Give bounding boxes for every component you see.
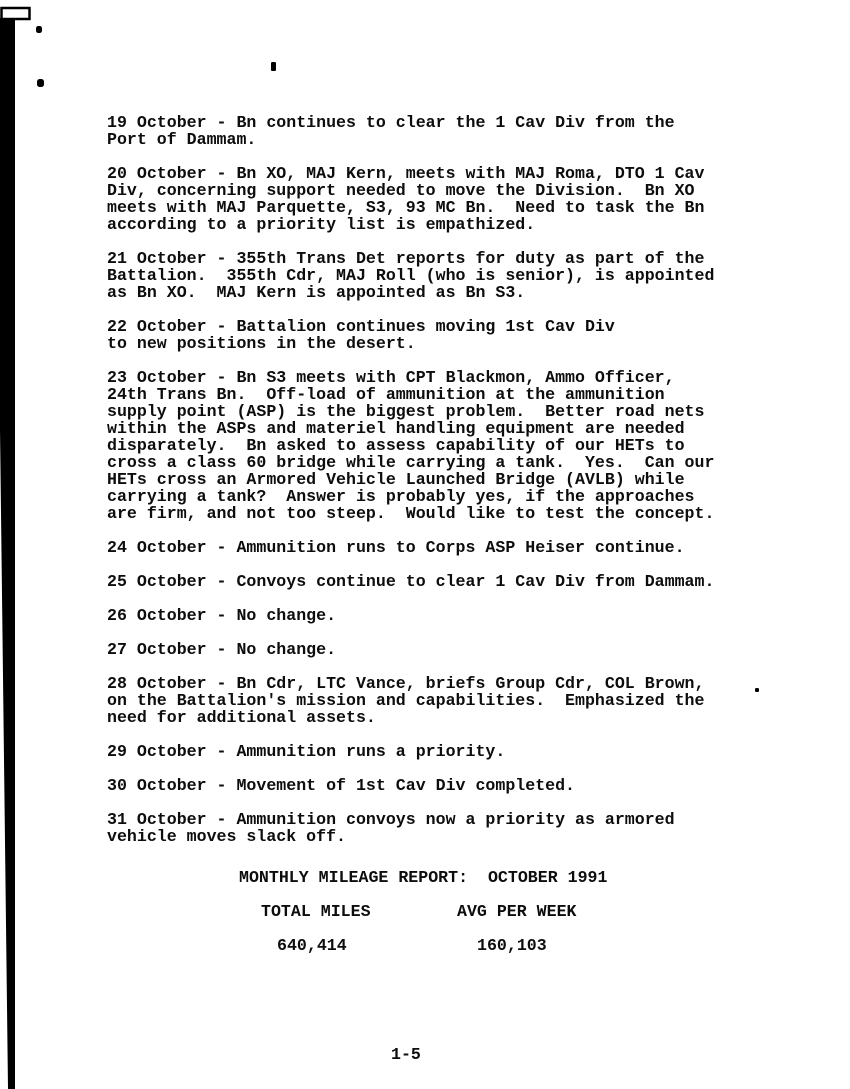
- log-entry-24-october: 24 October - Ammunition runs to Corps AS…: [107, 539, 714, 556]
- mileage-report-title: MONTHLY MILEAGE REPORT: OCTOBER 1991: [239, 869, 607, 886]
- log-entry-30-october: 30 October - Movement of 1st Cav Div com…: [107, 777, 714, 794]
- scan-artifact-bar: [0, 0, 32, 1089]
- total-miles-header: TOTAL MILES: [261, 903, 371, 920]
- log-entry-29-october: 29 October - Ammunition runs a priority.: [107, 743, 714, 760]
- log-entry-21-october: 21 October - 355th Trans Det reports for…: [107, 250, 714, 301]
- log-entries: 19 October - Bn continues to clear the 1…: [107, 114, 714, 862]
- scan-speck: [36, 26, 42, 33]
- log-entry-23-october: 23 October - Bn S3 meets with CPT Blackm…: [107, 369, 714, 522]
- page-number: 1-5: [391, 1046, 421, 1063]
- log-entry-20-october: 20 October - Bn XO, MAJ Kern, meets with…: [107, 165, 714, 233]
- log-entry-31-october: 31 October - Ammunition convoys now a pr…: [107, 811, 714, 845]
- scan-speck: [755, 688, 759, 692]
- log-entry-22-october: 22 October - Battalion continues moving …: [107, 318, 714, 352]
- log-entry-26-october: 26 October - No change.: [107, 607, 714, 624]
- avg-per-week-value: 160,103: [477, 937, 547, 954]
- log-entry-27-october: 27 October - No change.: [107, 641, 714, 658]
- total-miles-value: 640,414: [277, 937, 347, 954]
- avg-per-week-header: AVG PER WEEK: [457, 903, 577, 920]
- log-entry-19-october: 19 October - Bn continues to clear the 1…: [107, 114, 714, 148]
- document-page: 19 October - Bn continues to clear the 1…: [0, 0, 850, 1089]
- log-entry-25-october: 25 October - Convoys continue to clear 1…: [107, 573, 714, 590]
- scan-speck: [37, 79, 44, 87]
- log-entry-28-october: 28 October - Bn Cdr, LTC Vance, briefs G…: [107, 675, 714, 726]
- scan-speck: [271, 62, 276, 71]
